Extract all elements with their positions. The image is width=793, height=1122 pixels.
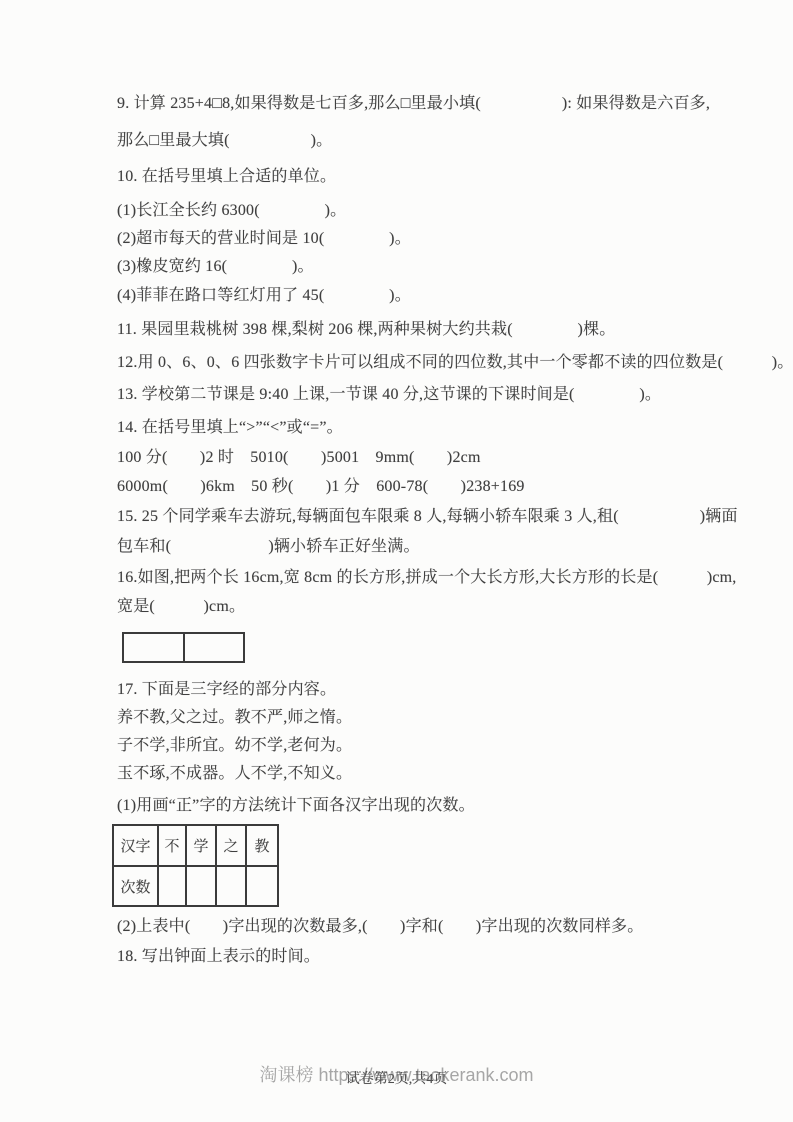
question-9-line-2: 那么□里最大填( )。 — [117, 133, 332, 149]
question-15-line-2: 包车和( )辆小轿车正好坐满。 — [117, 539, 420, 555]
table-header-row: 汉字 不 学 之 教 — [113, 825, 278, 866]
table-count-cell-3 — [216, 866, 246, 906]
question-10-item-1: (1)长江全长约 6300( )。 — [117, 203, 346, 219]
q17-poem-line-1: 养不教,父之过。教不严,师之惰。 — [117, 710, 352, 726]
q17-subquestion-2: (2)上表中( )字出现的次数最多,( )字和( )字出现的次数同样多。 — [117, 919, 643, 935]
question-15-line-1: 15. 25 个同学乘车去游玩,每辆面包车限乘 8 人,每辆小轿车限乘 3 人,… — [117, 509, 738, 525]
table-row-label: 次数 — [113, 866, 158, 906]
table-count-cell-2 — [186, 866, 216, 906]
figure-middle-divider — [183, 634, 185, 661]
q17-poem-line-3: 玉不琢,不成器。人不学,不知义。 — [117, 766, 352, 782]
watermark-text: 淘课榜 https://www.taokerank.com — [0, 1066, 793, 1084]
question-18: 18. 写出钟面上表示的时间。 — [117, 949, 320, 965]
question-16-line-2: 宽是( )cm。 — [117, 599, 245, 615]
question-10-title: 10. 在括号里填上合适的单位。 — [117, 169, 336, 185]
q17-subquestion-1: (1)用画“正”字的方法统计下面各汉字出现的次数。 — [117, 798, 475, 814]
question-16-line-1: 16.如图,把两个长 16cm,宽 8cm 的长方形,拼成一个大长方形,大长方形… — [117, 570, 737, 586]
table-header-char-zhi: 之 — [216, 825, 246, 866]
q17-poem-line-2: 子不学,非所宜。幼不学,老何为。 — [117, 738, 352, 754]
question-17-title: 17. 下面是三字经的部分内容。 — [117, 682, 336, 698]
table-count-cell-1 — [158, 866, 186, 906]
exam-paper-page: 9. 计算 235+4□8,如果得数是七百多,那么□里最小填( ): 如果得数是… — [0, 0, 793, 1122]
table-counts-row: 次数 — [113, 866, 278, 906]
question-14-row-1: 100 分( )2 时 5010( )5001 9mm( )2cm — [117, 450, 481, 466]
page-number-label: 试卷第2页,共4页 — [0, 1073, 793, 1087]
question-13: 13. 学校第二节课是 9:40 上课,一节课 40 分,这节课的下课时间是( … — [117, 387, 661, 403]
question-14-row-2: 6000m( )6km 50 秒( )1 分 600-78( )238+169 — [117, 479, 525, 495]
table-header-char-xue: 学 — [186, 825, 216, 866]
question-12: 12.用 0、6、0、6 四张数字卡片可以组成不同的四位数,其中一个零都不读的四… — [117, 355, 793, 371]
question-14-title: 14. 在括号里填上“>”“<”或“=”。 — [117, 420, 343, 436]
question-10-item-4: (4)菲菲在路口等红灯用了 45( )。 — [117, 288, 411, 304]
table-header-char-bu: 不 — [158, 825, 186, 866]
q16-rectangles-figure — [122, 632, 245, 663]
question-10-item-2: (2)超市每天的营业时间是 10( )。 — [117, 231, 411, 247]
table-header-char-jiao: 教 — [246, 825, 278, 866]
question-9-line-1: 9. 计算 235+4□8,如果得数是七百多,那么□里最小填( ): 如果得数是… — [117, 96, 710, 112]
q17-tally-table: 汉字 不 学 之 教 次数 — [112, 824, 279, 907]
question-11: 11. 果园里栽桃树 398 棵,梨树 206 棵,两种果树大约共栽( )棵。 — [117, 322, 615, 338]
table-count-cell-4 — [246, 866, 278, 906]
table-header-hanzi: 汉字 — [113, 825, 158, 866]
question-10-item-3: (3)橡皮宽约 16( )。 — [117, 259, 314, 275]
